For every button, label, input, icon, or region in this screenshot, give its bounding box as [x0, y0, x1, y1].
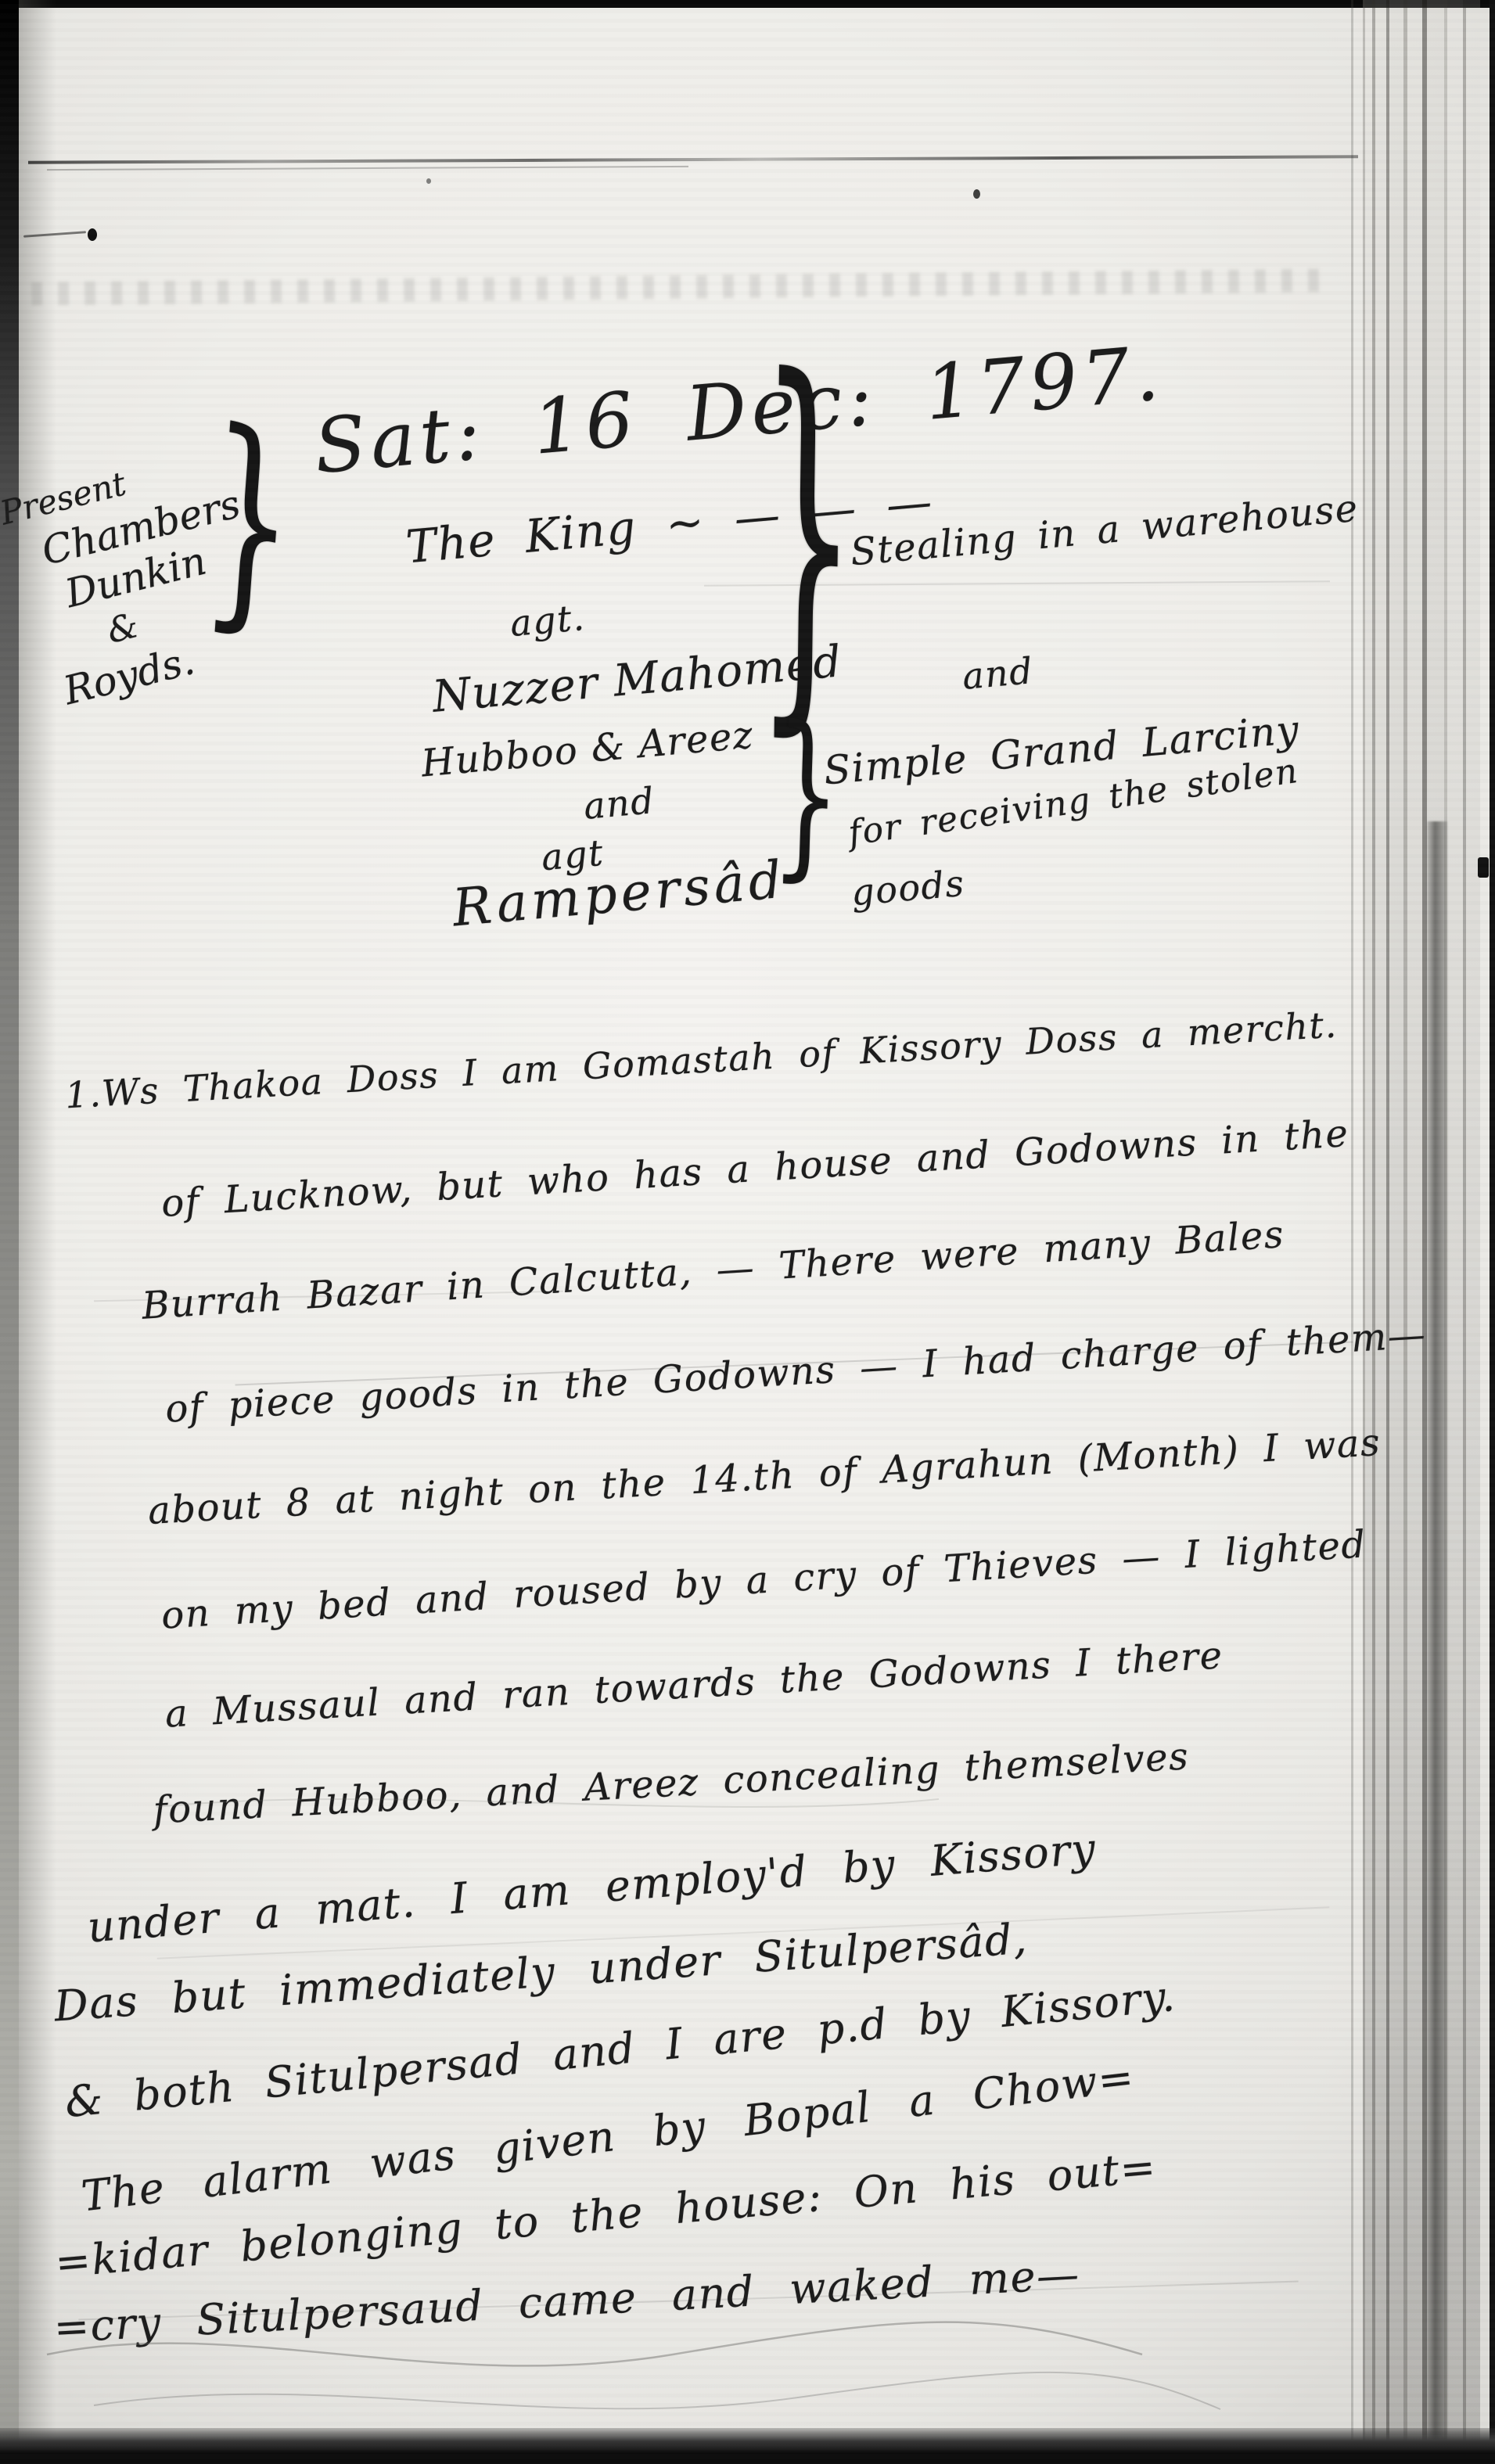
pencil-squiggles [0, 0, 1495, 2464]
manuscript-page: Sat: 16 Dec: 1797. Present Chambers Dunk… [0, 0, 1495, 2464]
